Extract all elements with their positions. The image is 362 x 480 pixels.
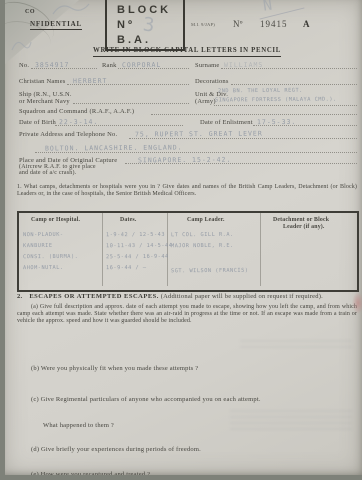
section2-heading: 2. ESCAPES OR ATTEMPTED ESCAPES. (Additi… [17,293,357,300]
table-column-divider [260,213,261,286]
confidential-label-top: CO [25,9,35,16]
stamp-no-text: Nº [117,19,135,31]
table-column-divider [167,213,168,286]
section2-note: (Additional paper will be supplied on re… [161,293,323,300]
ink-bleedthrough-smudge [230,408,352,434]
table-row-dates: 10-11-43 / 14-5-44 [106,243,172,249]
unit-label-line2: (Army) [195,98,216,105]
handwritten-block-number: 3 [142,13,156,36]
block-capitals-instruction: WRITE IN BLOCK CAPITAL LETTERS IN PENCIL [93,47,281,57]
section2-item-d: (d) Give briefly your experiences during… [31,446,201,453]
section2-item-b: (b) Were you physically fit when you mad… [31,365,198,372]
table-header-detachment-line2: Leader (if any). [283,224,325,230]
ref-number: 19415 [260,19,288,29]
surname-label: Surname [195,62,220,69]
unit-value-line2: SINGAPORE FORTRESS (MALAYA CMD.). [215,97,337,104]
field-line [214,105,357,106]
section2-number: 2. [17,293,22,300]
table-row-leader: MAJOR NOBLE, R.E. [171,243,234,249]
question1-text: 1. What camps, detachments or hospitals … [17,184,357,198]
unit-value-line1: 2ND BN. THE LOYAL REGT. [218,88,303,95]
field-line [125,163,357,164]
field-line [221,68,357,69]
section2-item-a: (a) Give full description and approx. da… [17,304,357,326]
table-header-leader: Camp Leader. [187,217,225,223]
rank-label: Rank [102,62,117,69]
pencil-annotation: N [262,0,275,15]
scanned-document-background: { "header": { "confidential_part1": "CO"… [0,0,362,480]
field-line [35,152,357,153]
decorations-label: Decorations [195,78,229,85]
ship-label-line2: or Merchant Navy [19,98,70,105]
table-row-leader: LT COL. GILL R.A. [171,232,234,238]
field-line [253,125,357,126]
address-label: Private Address and Telephone No. [19,131,117,138]
camp-table: Camp or Hospital. Dates. Camp Leader. De… [17,211,359,292]
capture-label-line3: and date of a/c crash). [19,170,76,177]
field-line [231,84,357,85]
confidential-label: NFIDENTIAL [30,20,82,30]
field-line [67,84,189,85]
table-row-leader: SGT. WILSON (FRANCIS) [171,268,249,275]
field-line [129,138,357,139]
field-line [55,125,183,126]
section2-item-c2: What happened to them ? [43,422,114,429]
ink-bleedthrough-smudge [240,336,352,352]
scanned-form-page: CO NFIDENTIAL BLOCK Nº B.A. 3 N M.I. 9/J… [5,0,362,475]
table-row-camp: AHOM-NUTAL. [23,265,64,271]
table-header-camp: Camp or Hospital. [31,217,80,223]
date-of-birth-label: Date of Birth [19,119,56,126]
ref-series-label: M.I. 9/JAP) [191,22,215,27]
service-no-label: No. [19,62,29,69]
date-of-enlistment-label: Date of Enlistment [200,119,253,126]
squadron-label: Squadron and Command (R.A.F., A.A.F.) [19,108,134,115]
table-row-camp: KANBURIE [23,243,53,249]
table-header-detachment-line1: Detachment or Block [273,217,329,223]
field-line [31,68,97,69]
christian-names-label: Christian Names [19,78,66,85]
field-line [73,103,189,104]
field-line [118,68,189,69]
table-header-dates: Dates. [120,217,137,223]
table-column-divider [102,213,103,286]
section2-item-e: (e) How were you recaptured and treated … [31,471,150,475]
section2-item-c: (c) Give Regimental particulars of anyon… [31,396,261,403]
ref-no-label: Nº [233,19,243,29]
red-edge-mark [352,292,362,314]
table-row-camp: NON-PLADUK- [23,232,64,238]
table-row-dates: 25-5-44 / 16-9-44 [106,254,169,260]
table-row-dates: 16-9-44 / — [106,265,147,271]
table-row-camp: CONSI. (BURMA). [23,254,78,260]
table-row-dates: 1-9-42 / 12-5-43 [106,232,165,238]
section2-title: ESCAPES OR ATTEMPTED ESCAPES. [29,293,159,300]
ref-suffix: A [303,19,310,29]
block-number-stamp: BLOCK Nº B.A. 3 [105,0,185,51]
pencil-squiggle [9,36,33,54]
pencil-squiggle [51,0,91,20]
field-line [151,114,357,115]
